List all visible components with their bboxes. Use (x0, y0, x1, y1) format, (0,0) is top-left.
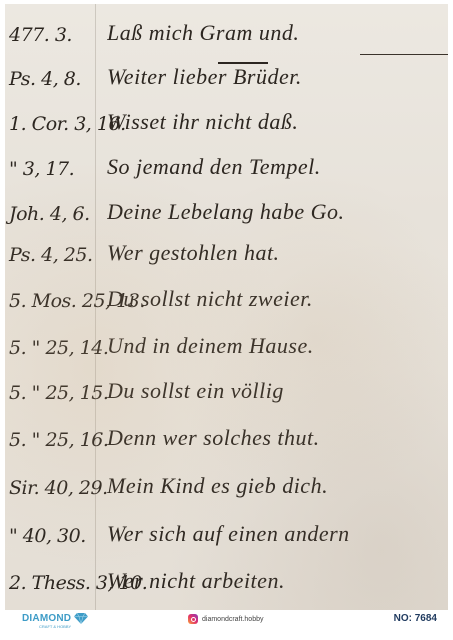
product-footer: DIAMOND CRAFT & HOBBY diamondcraft.hobby… (0, 610, 453, 640)
document-paper: 477. 3. Laß mich Gram und. Ps. 4, 8. Wei… (5, 4, 448, 610)
line-text: Du sollst nicht zweier. (107, 286, 448, 312)
line-reference: 477. 3. (5, 24, 107, 46)
document-line: 5. " 25, 14. Und in deinem Hause. (5, 319, 448, 359)
document-line: Joh. 4, 6. Deine Lebelang habe Go. (5, 185, 448, 225)
line-text: Und in deinem Hause. (107, 333, 448, 359)
line-reference: Sir. 40, 29. (5, 477, 107, 499)
line-reference: 5. Mos. 25, 13. (5, 290, 107, 312)
line-reference: 2. Thess. 3, 10. (5, 572, 107, 594)
line-text: Wer nicht arbeiten. (107, 568, 448, 594)
line-text: Deine Lebelang habe Go. (107, 199, 448, 225)
line-reference: " 40, 30. (5, 525, 107, 547)
document-line: 2. Thess. 3, 10. Wer nicht arbeiten. (5, 554, 448, 594)
document-line: 5. Mos. 25, 13. Du sollst nicht zweier. (5, 272, 448, 312)
document-line: 1. Cor. 3, 16. Wisset ihr nicht daß. (5, 95, 448, 135)
line-reference: Joh. 4, 6. (5, 203, 107, 225)
line-text: Wisset ihr nicht daß. (107, 109, 448, 135)
line-text: So jemand den Tempel. (107, 154, 448, 180)
line-text: Denn wer solches thut. (107, 425, 448, 451)
instagram-handle: diamondcraft.hobby (202, 616, 263, 623)
document-line: Sir. 40, 29. Mein Kind es gieb dich. (5, 459, 448, 499)
instagram-icon (188, 614, 198, 624)
line-reference: 5. " 25, 14. (5, 337, 107, 359)
document-line: Ps. 4, 25. Wer gestohlen hat. (5, 226, 448, 266)
line-text: Wer sich auf einen andern (107, 521, 448, 547)
line-reference: 5. " 25, 16. (5, 429, 107, 451)
line-text: Weiter lieber Brüder. (107, 64, 448, 90)
line-text: Laß mich Gram und. (107, 20, 448, 46)
line-reference: Ps. 4, 8. (5, 68, 107, 90)
instagram-link[interactable]: diamondcraft.hobby (188, 614, 263, 624)
line-reference: " 3, 17. (5, 158, 107, 180)
document-line: " 3, 17. So jemand den Tempel. (5, 140, 448, 180)
document-line: 5. " 25, 15. Du sollst ein völlig (5, 364, 448, 404)
line-text: Du sollst ein völlig (107, 378, 448, 404)
brand-name: DIAMOND (22, 613, 71, 624)
brand-logo: DIAMOND CRAFT & HOBBY (22, 613, 88, 629)
line-reference: 5. " 25, 15. (5, 382, 107, 404)
document-line: 477. 3. Laß mich Gram und. (5, 6, 448, 46)
product-number: NO: 7684 (394, 613, 437, 624)
line-text: Wer gestohlen hat. (107, 240, 448, 266)
line-reference: 1. Cor. 3, 16. (5, 113, 107, 135)
line-text: Mein Kind es gieb dich. (107, 473, 448, 499)
line-reference: Ps. 4, 25. (5, 244, 107, 266)
brand-subtitle: CRAFT & HOBBY (39, 624, 71, 629)
document-line: Ps. 4, 8. Weiter lieber Brüder. (5, 50, 448, 90)
diamond-icon (74, 613, 88, 624)
document-line: 5. " 25, 16. Denn wer solches thut. (5, 411, 448, 451)
document-line: " 40, 30. Wer sich auf einen andern (5, 507, 448, 547)
